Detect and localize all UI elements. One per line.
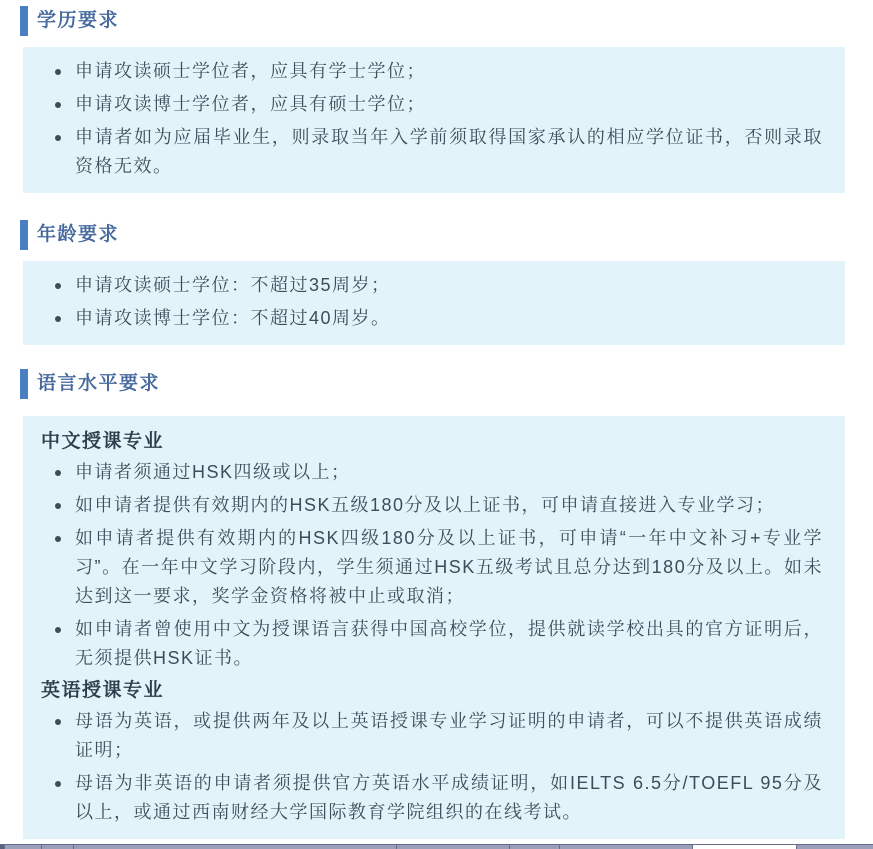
heading-accent-bar <box>20 369 28 399</box>
english-taught-subtitle: 英语授课专业 <box>41 677 823 705</box>
bullet-item: 申请攻读博士学位者，应具有硕士学位； <box>41 90 823 119</box>
age-requirements-panel: 申请攻读硕士学位：不超过35周岁； 申请攻读博士学位：不超过40周岁。 <box>23 261 845 345</box>
cropped-table-cell <box>5 845 42 849</box>
section-title: 语言水平要求 <box>37 368 160 400</box>
bullet-item: 申请攻读硕士学位：不超过35周岁； <box>41 271 823 300</box>
bullet-item: 申请者如为应届毕业生，则录取当年入学前须取得国家承认的相应学位证书，否则录取资格… <box>41 123 823 181</box>
cropped-table-cell <box>693 845 797 849</box>
age-bullet-list: 申请攻读硕士学位：不超过35周岁； 申请攻读博士学位：不超过40周岁。 <box>41 271 823 333</box>
cropped-table-cell <box>397 845 510 849</box>
cropped-table-cell <box>42 845 74 849</box>
section-heading-education: 学历要求 <box>20 5 873 37</box>
language-requirements-panel: 中文授课专业 申请者须通过HSK四级或以上； 如申请者提供有效期内的HSK五级1… <box>23 416 845 839</box>
bullet-item: 申请攻读博士学位：不超过40周岁。 <box>41 304 823 333</box>
cropped-table-cell <box>74 845 397 849</box>
section-heading-age: 年龄要求 <box>20 219 873 251</box>
education-requirements-panel: 申请攻读硕士学位者，应具有学士学位； 申请攻读博士学位者，应具有硕士学位； 申请… <box>23 47 845 193</box>
bullet-item: 申请攻读硕士学位者，应具有学士学位； <box>41 57 823 86</box>
section-title: 年龄要求 <box>37 219 119 251</box>
cropped-table-cell <box>560 845 693 849</box>
section-heading-language: 语言水平要求 <box>20 368 873 400</box>
bullet-item: 如申请者曾使用中文为授课语言获得中国高校学位，提供就读学校出具的官方证明后，无须… <box>41 615 823 673</box>
bullet-item: 母语为非英语的申请者须提供官方英语水平成绩证明，如IELTS 6.5分/TOEF… <box>41 769 823 827</box>
section-title: 学历要求 <box>37 5 119 37</box>
bullet-item: 如申请者提供有效期内的HSK五级180分及以上证书，可申请直接进入专业学习； <box>41 491 823 520</box>
requirements-page: 学历要求 申请攻读硕士学位者，应具有学士学位； 申请攻读博士学位者，应具有硕士学… <box>0 0 873 839</box>
cropped-table-edge <box>0 844 873 849</box>
english-taught-bullet-list: 母语为英语，或提供两年及以上英语授课专业学习证明的申请者，可以不提供英语成绩证明… <box>41 707 823 827</box>
heading-accent-bar <box>20 6 28 36</box>
bullet-item: 母语为英语，或提供两年及以上英语授课专业学习证明的申请者，可以不提供英语成绩证明… <box>41 707 823 765</box>
chinese-taught-bullet-list: 申请者须通过HSK四级或以上； 如申请者提供有效期内的HSK五级180分及以上证… <box>41 458 823 673</box>
bullet-item: 如申请者提供有效期内的HSK四级180分及以上证书，可申请“一年中文补习+专业学… <box>41 524 823 611</box>
cropped-table-cell <box>510 845 560 849</box>
cropped-table-cell <box>797 845 873 849</box>
chinese-taught-subtitle: 中文授课专业 <box>41 428 823 456</box>
education-bullet-list: 申请攻读硕士学位者，应具有学士学位； 申请攻读博士学位者，应具有硕士学位； 申请… <box>41 57 823 181</box>
bullet-item: 申请者须通过HSK四级或以上； <box>41 458 823 487</box>
heading-accent-bar <box>20 220 28 250</box>
